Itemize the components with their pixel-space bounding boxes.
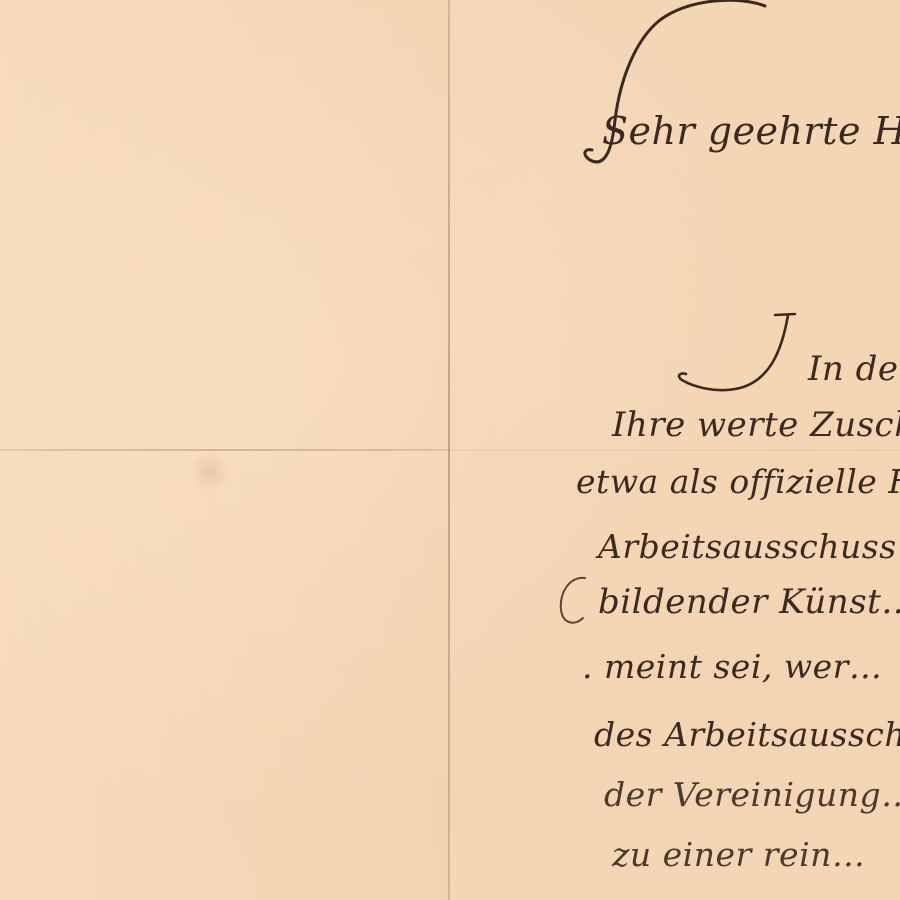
letter-line-4: Arbeitsausschuss… (598, 530, 900, 563)
horizontal-fold-line (0, 449, 449, 451)
letter-line-9: zu einer rein… (612, 838, 865, 871)
letter-line-1: In der (808, 352, 900, 386)
salutation-flourish-icon (580, 0, 780, 180)
letter-paper: Sehr geehrte Her… In der Ihre werte Zusc… (0, 0, 900, 900)
paper-stain (190, 452, 230, 492)
letter-line-3: etwa als offizielle F… (576, 465, 900, 498)
salutation-line: Sehr geehrte Her… (602, 112, 900, 150)
margin-curl-icon (555, 570, 595, 630)
letter-line-7: des Arbeitsaussch… (594, 718, 900, 751)
letter-line-8: der Vereinigung… (604, 778, 900, 811)
letter-line-2: Ihre werte Zuschr… (612, 408, 900, 442)
letter-line-6: . meint sei, wer… (582, 650, 882, 683)
initial-I-swoop-icon (670, 310, 810, 400)
letter-line-5: bildender Künst… (598, 585, 900, 619)
horizontal-fold-line-right (450, 450, 900, 451)
